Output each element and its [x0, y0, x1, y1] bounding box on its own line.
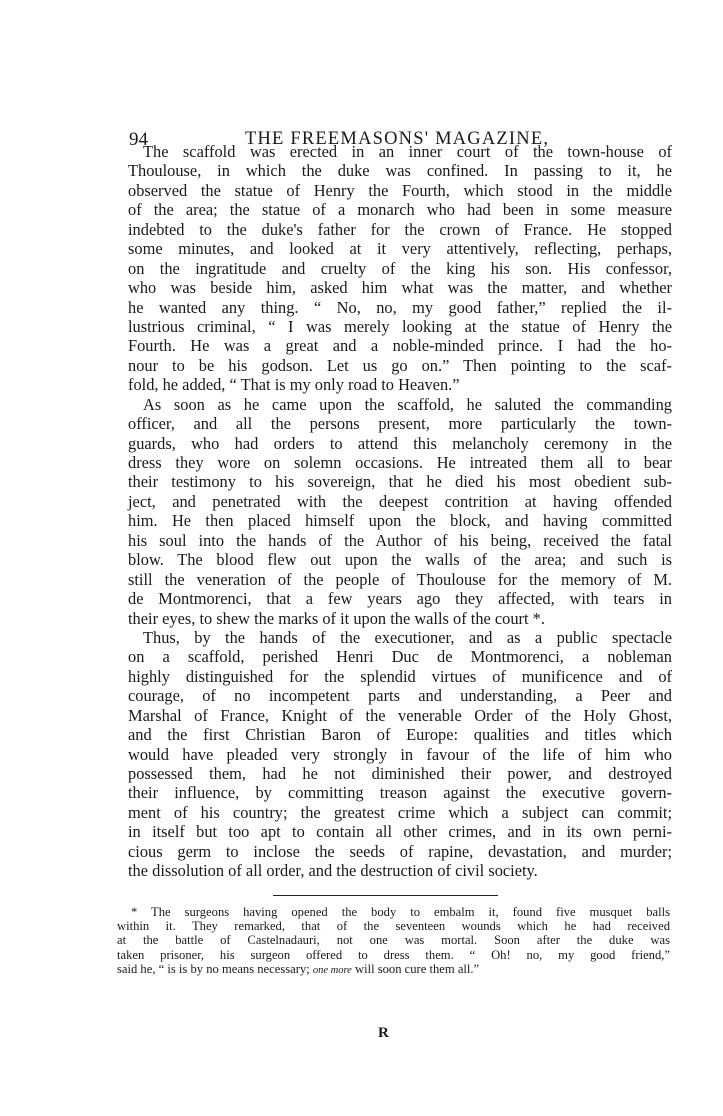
text-line: Marshal of France, Knight of the venerab…	[128, 706, 672, 725]
paragraph-1: The scaffold was erected in an inner cou…	[128, 142, 672, 395]
text-line: possessed them, had he not diminished th…	[128, 764, 672, 783]
text-line: ment of his country; the greatest crime …	[128, 803, 672, 822]
text-line: fold, he added, “ That is my only road t…	[128, 375, 672, 394]
text-line: would have pleaded very strongly in favo…	[128, 745, 672, 764]
text-line: As soon as he came upon the scaffold, he…	[128, 395, 672, 414]
text-line: observed the statue of Henry the Fourth,…	[128, 181, 672, 200]
text-line: lustrious criminal, “ I was merely looki…	[128, 317, 672, 336]
text-line: courage, of no incompetent parts and und…	[128, 686, 672, 705]
text-line: Fourth. He was a great and a noble-minde…	[128, 336, 672, 355]
footnote-line: * The surgeons having opened the body to…	[117, 905, 670, 919]
text-line: ject, and penetrated with the deepest co…	[128, 492, 672, 511]
text-line: The scaffold was erected in an inner cou…	[128, 142, 672, 161]
text-line: some minutes, and looked at it very atte…	[128, 239, 672, 258]
text-line: still the veneration of the people of Th…	[128, 570, 672, 589]
text-line: the dissolution of all order, and the de…	[128, 861, 672, 880]
text-line: de Montmorenci, that a few years ago the…	[128, 589, 672, 608]
text-line: dress they wore on solemn occasions. He …	[128, 453, 672, 472]
text-line: him. He then placed himself upon the blo…	[128, 511, 672, 530]
text-line: nour to be his godson. Let us go on.” Th…	[128, 356, 672, 375]
text-line: officer, and all the persons present, mo…	[128, 414, 672, 433]
paragraph-2: As soon as he came upon the scaffold, he…	[128, 395, 672, 628]
text-line: of the area; the statue of a monarch who…	[128, 200, 672, 219]
footnote-line: taken prisoner, his surgeon offered to d…	[117, 948, 670, 962]
body-text: The scaffold was erected in an inner cou…	[128, 142, 672, 881]
footnote-divider	[273, 895, 498, 896]
footnote-text: will soon cure them all.”	[352, 962, 479, 976]
text-line: their testimony to his sovereign, that h…	[128, 472, 672, 491]
footnote-line: at the battle of Castelnadauri, not one …	[117, 933, 670, 947]
footnote-text: said he, “ is is by no means necessary;	[117, 962, 313, 976]
text-line: cious germ to inclose the seeds of rapin…	[128, 842, 672, 861]
text-line: and the first Christian Baron of Europe:…	[128, 725, 672, 744]
text-line: on a scaffold, perished Henri Duc de Mon…	[128, 647, 672, 666]
text-line: blow. The blood flew out upon the walls …	[128, 550, 672, 569]
footnote-line: within it. They remarked, that of the se…	[117, 919, 670, 933]
text-line: he wanted any thing. “ No, no, my good f…	[128, 298, 672, 317]
text-line: his soul into the hands of the Author of…	[128, 531, 672, 550]
text-line: in itself but too apt to contain all oth…	[128, 822, 672, 841]
text-line: highly distinguished for the splendid vi…	[128, 667, 672, 686]
text-line: Thoulouse, in which the duke was confine…	[128, 161, 672, 180]
text-line: on the ingratitude and cruelty of the ki…	[128, 259, 672, 278]
text-line: Thus, by the hands of the executioner, a…	[128, 628, 672, 647]
footnote-italic-text: one more	[313, 965, 352, 976]
signature-mark: R	[378, 1025, 389, 1042]
text-line: guards, who had orders to attend this me…	[128, 434, 672, 453]
footnote: * The surgeons having opened the body to…	[117, 905, 670, 976]
text-line: their influence, by committing treason a…	[128, 783, 672, 802]
text-line: who was beside him, asked him what was t…	[128, 278, 672, 297]
paragraph-3: Thus, by the hands of the executioner, a…	[128, 628, 672, 881]
text-line: their eyes, to shew the marks of it upon…	[128, 609, 672, 628]
text-line: indebted to the duke's father for the cr…	[128, 220, 672, 239]
footnote-line: said he, “ is is by no means necessary; …	[117, 962, 670, 976]
